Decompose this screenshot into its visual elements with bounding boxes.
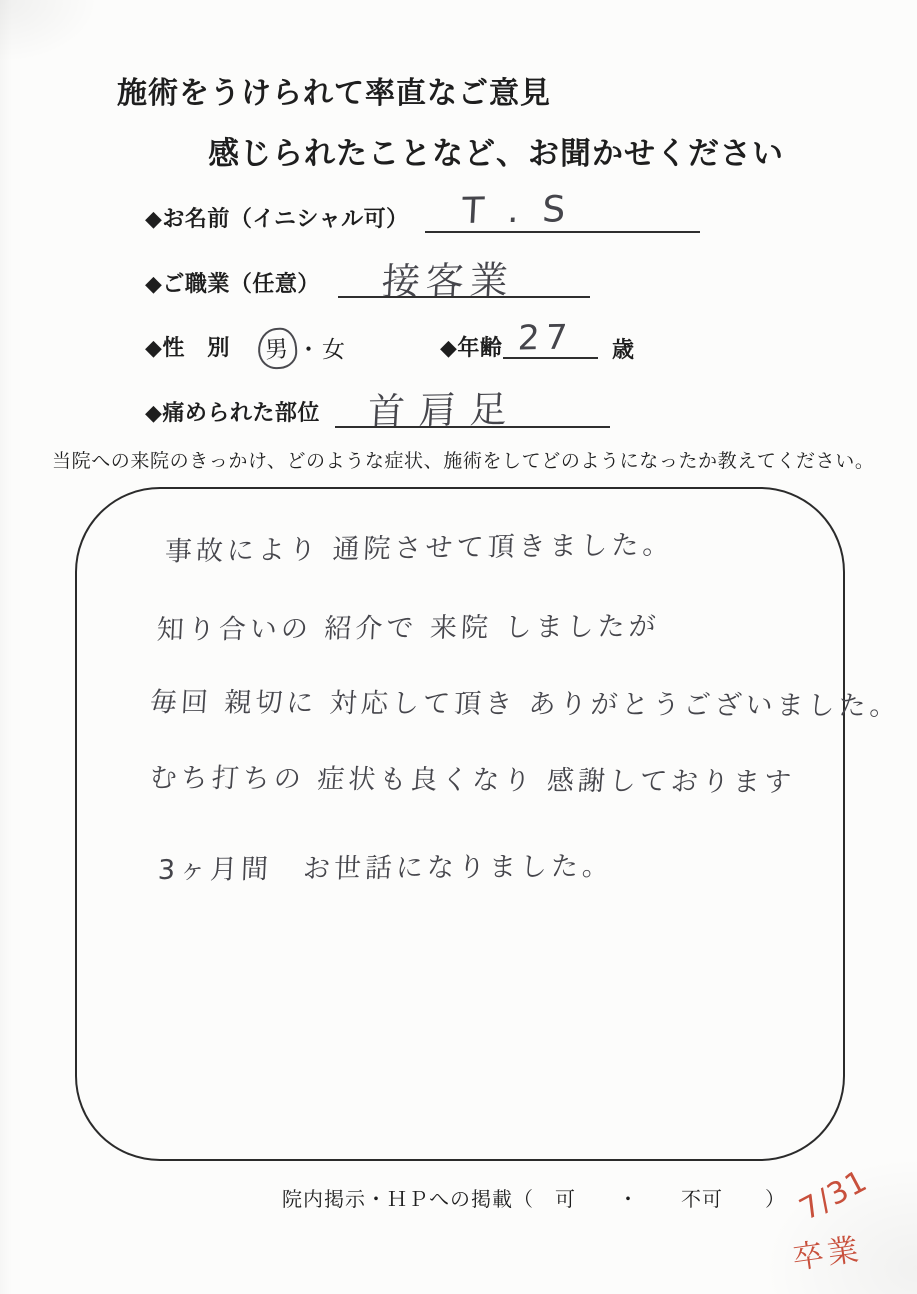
- annotation-graduation-handwritten: 卒業: [789, 1223, 865, 1277]
- pain-area-underline: [335, 426, 610, 428]
- gender-female-label: 女: [322, 337, 347, 362]
- comment-line-5: 3ヶ月間 お世話になりました。: [157, 844, 614, 887]
- publication-consent-text: 院内掲示・ＨＰへの掲載（ 可 ・ 不可 ）: [282, 1183, 786, 1212]
- comment-line-1: 事故により 通院させて頂きました。: [164, 522, 674, 568]
- age-field-label: ◆年齢: [440, 331, 502, 362]
- annotation-date-handwritten: 7/31: [794, 1163, 873, 1227]
- occupation-field-underline: [338, 296, 590, 298]
- instruction-text: 当院への来院のきっかけ、どのような症状、施術をしてどのようになったか教えてくださ…: [52, 446, 874, 473]
- name-field-underline: [425, 231, 700, 233]
- comment-line-3: 毎回 親切に 対応して頂き ありがとうございました。: [149, 680, 902, 723]
- comment-box: [75, 487, 845, 1161]
- form-title-line2: 感じられたことなど、お聞かせください: [208, 128, 784, 173]
- gender-separator: ・: [297, 337, 322, 362]
- pain-area-field-label: ◆痛められた部位: [145, 396, 320, 427]
- gender-male-label: 男: [264, 336, 291, 363]
- comment-line-4: むち打ちの 症状も良くなり 感謝しております: [149, 756, 797, 799]
- name-field-label: ◆お名前（イニシャル可）: [145, 202, 409, 233]
- comment-line-2: 知り合いの 紹介で 来院 しましたが: [156, 604, 661, 647]
- gender-male-circled: 男: [257, 327, 299, 371]
- age-field-handwritten-value: 27: [517, 317, 574, 358]
- gender-field-label: ◆性 別: [145, 331, 230, 362]
- name-field-handwritten-value: T . S: [461, 189, 572, 232]
- age-field-underline: [503, 357, 598, 359]
- gender-options: 男・女: [258, 328, 347, 369]
- occupation-field-label: ◆ご職業（任意）: [145, 267, 320, 298]
- age-unit-label: 歳: [612, 333, 635, 364]
- feedback-form-scan: 施術をうけられて率直なご意見 感じられたことなど、お聞かせください ◆お名前（イ…: [0, 0, 917, 1294]
- form-title-line1: 施術をうけられて率直なご意見: [117, 68, 551, 112]
